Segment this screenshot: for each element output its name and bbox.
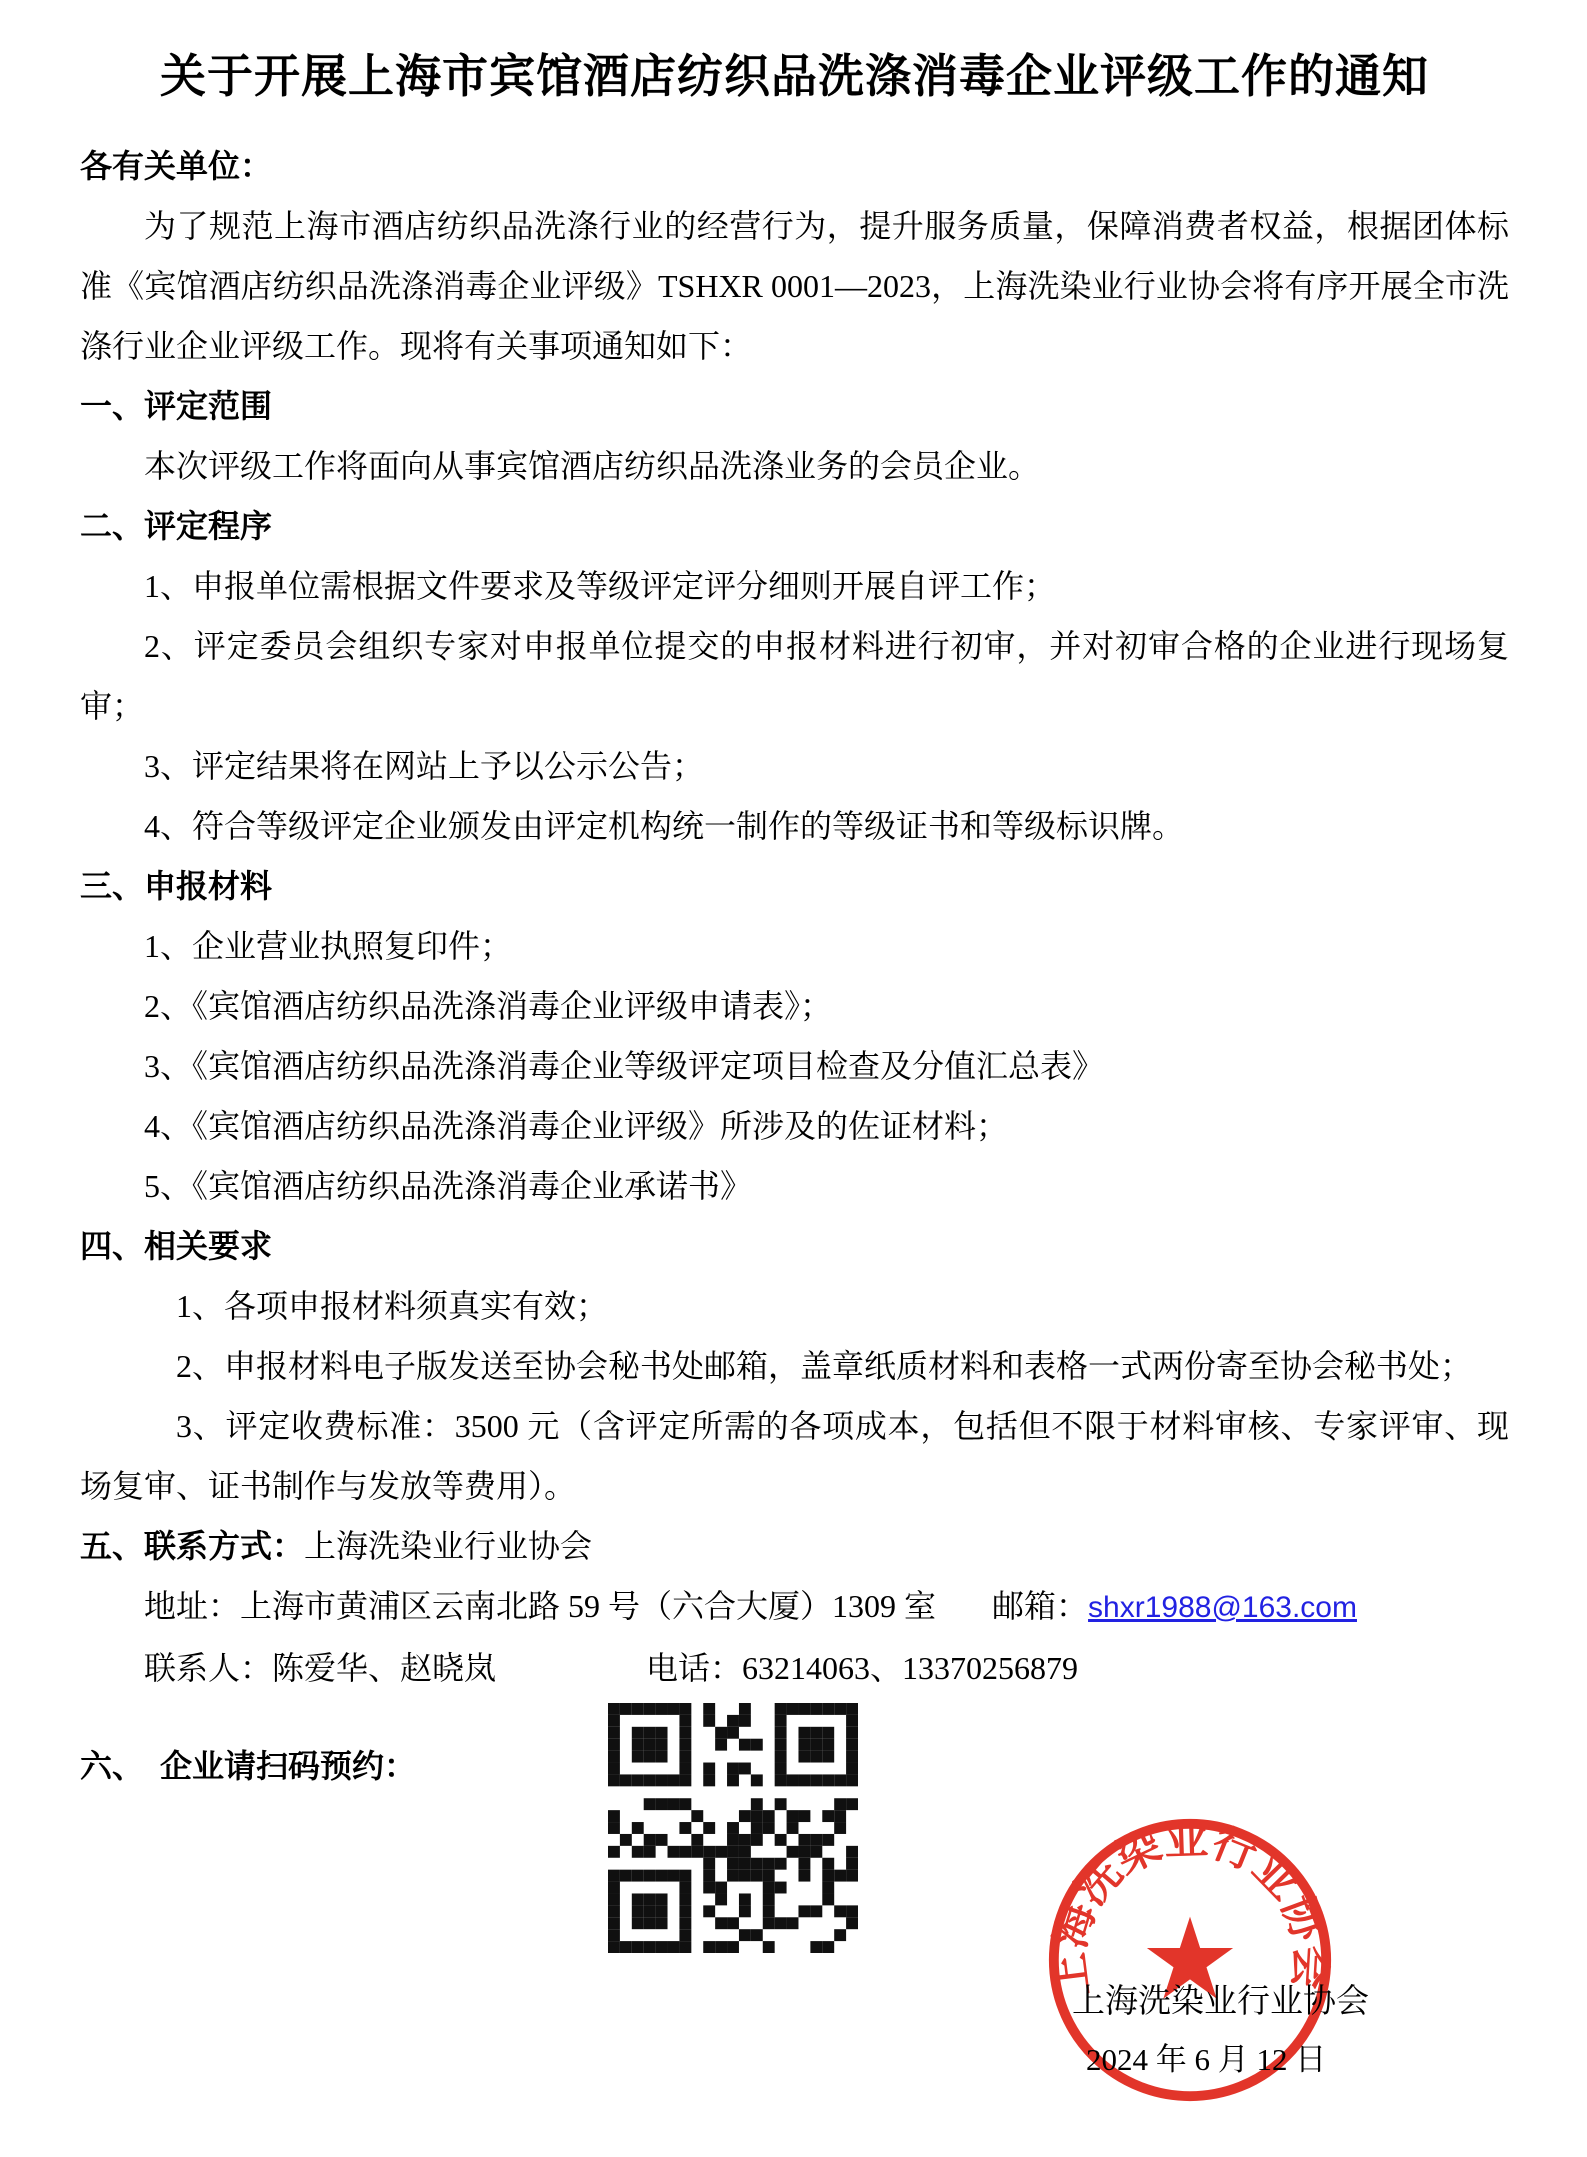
email-label: 邮箱：	[992, 1588, 1088, 1624]
address-label: 地址：	[144, 1588, 240, 1624]
person-label: 联系人：	[144, 1650, 272, 1686]
section-heading-2: 二、评定程序	[80, 496, 1509, 556]
section-3-item: 2、《宾馆酒店纺织品洗涤消毒企业评级申请表》；	[80, 976, 1509, 1036]
section-3-item: 5、《宾馆酒店纺织品洗涤消毒企业承诺书》	[80, 1156, 1509, 1216]
contact-heading-line: 五、联系方式：上海洗染业行业协会	[80, 1516, 1509, 1576]
intro-paragraph: 为了规范上海市酒店纺织品洗涤行业的经营行为，提升服务质量，保障消费者权益，根据团…	[80, 196, 1509, 376]
qr-code-image	[608, 1703, 858, 1953]
person-value: 陈爱华、赵晓岚	[272, 1650, 496, 1686]
section-1-item: 本次评级工作将面向从事宾馆酒店纺织品洗涤业务的会员企业。	[80, 436, 1509, 496]
section-2-item: 2、评定委员会组织专家对申报单位提交的申报材料进行初审，并对初审合格的企业进行现…	[80, 616, 1509, 736]
notice-document: 关于开展上海市宾馆酒店纺织品洗涤消毒企业评级工作的通知 各有关单位： 为了规范上…	[0, 0, 1587, 2157]
section-2-item: 1、申报单位需根据文件要求及等级评定评分细则开展自评工作；	[80, 556, 1509, 616]
phone-label: 电话：	[646, 1650, 742, 1686]
phone-value: 63214063、13370256879	[742, 1650, 1078, 1686]
section-3-item: 3、《宾馆酒店纺织品洗涤消毒企业等级评定项目检查及分值汇总表》	[80, 1036, 1509, 1096]
signature-org: 上海洗染业行业协会	[1072, 1982, 1369, 2022]
email-link[interactable]: shxr1988@163.com	[1088, 1591, 1357, 1624]
section-4-item: 2、申报材料电子版发送至协会秘书处邮箱，盖章纸质材料和表格一式两份寄至协会秘书处…	[80, 1336, 1509, 1396]
contact-org: 上海洗染业行业协会	[304, 1528, 592, 1564]
section-3-item: 4、《宾馆酒店纺织品洗涤消毒企业评级》所涉及的佐证材料；	[80, 1096, 1509, 1156]
section-heading-3: 三、申报材料	[80, 856, 1509, 916]
contact-person-line: 联系人：陈爱华、赵晓岚电话：63214063、13370256879	[80, 1638, 1509, 1698]
section-4-item: 3、评定收费标准：3500 元（含评定所需的各项成本，包括但不限于材料审核、专家…	[80, 1396, 1509, 1516]
section-3-item: 1、企业营业执照复印件；	[80, 916, 1509, 976]
salutation: 各有关单位：	[80, 136, 1509, 196]
document-body: 关于开展上海市宾馆酒店纺织品洗涤消毒企业评级工作的通知 各有关单位： 为了规范上…	[0, 0, 1587, 1796]
section-2-item: 3、评定结果将在网站上予以公示公告；	[80, 736, 1509, 796]
section-2-item: 4、符合等级评定企业颁发由评定机构统一制作的等级证书和等级标识牌。	[80, 796, 1509, 856]
signature-date: 2024 年 6 月 12 日	[1086, 2040, 1326, 2080]
document-title: 关于开展上海市宾馆酒店纺织品洗涤消毒企业评级工作的通知	[80, 44, 1509, 110]
contact-heading: 五、联系方式：	[80, 1528, 304, 1564]
section-heading-1: 一、评定范围	[80, 376, 1509, 436]
address-value: 上海市黄浦区云南北路 59 号（六合大厦）1309 室	[240, 1588, 936, 1624]
section-heading-4: 四、相关要求	[80, 1216, 1509, 1276]
contact-address-line: 地址：上海市黄浦区云南北路 59 号（六合大厦）1309 室邮箱：shxr198…	[80, 1576, 1509, 1638]
section-4-item: 1、各项申报材料须真实有效；	[80, 1276, 1509, 1336]
